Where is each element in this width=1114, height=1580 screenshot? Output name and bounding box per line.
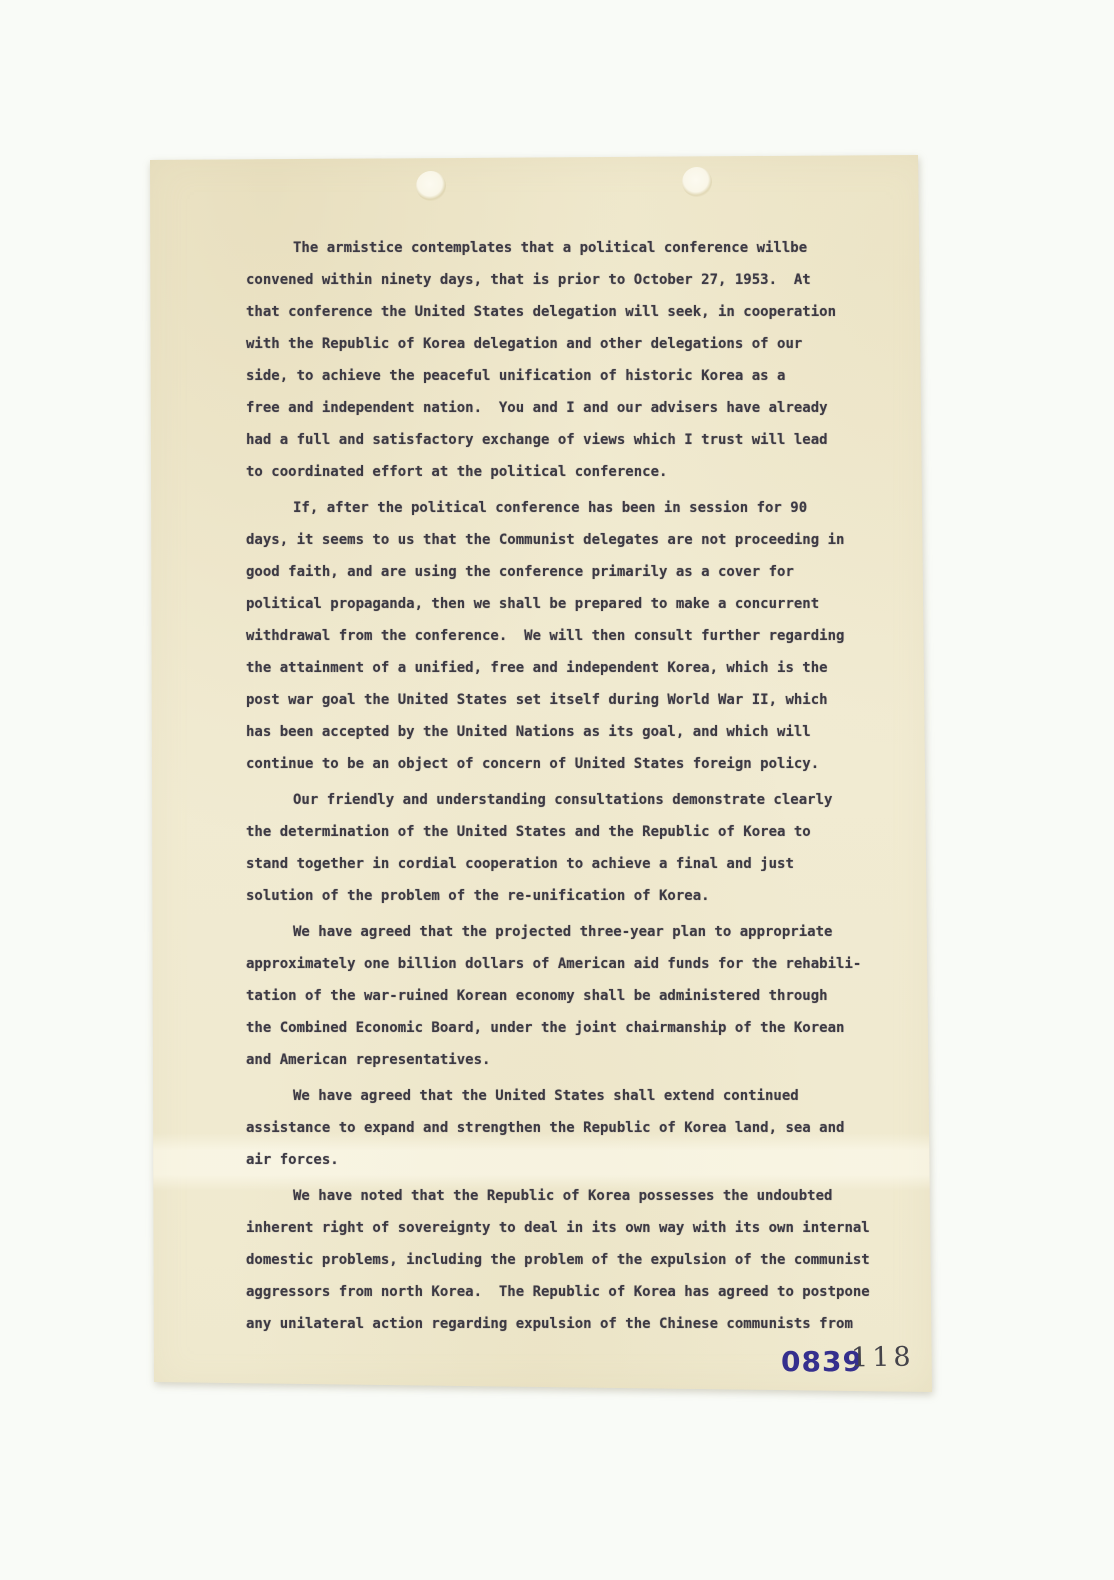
text-line: had a full and satisfactory exchange of … xyxy=(246,424,894,456)
text-line: approximately one billion dollars of Ame… xyxy=(246,948,894,980)
text-line: to coordinated effort at the political c… xyxy=(246,456,894,488)
text-line: the determination of the United States a… xyxy=(246,816,894,848)
text-line: withdrawal from the conference. We will … xyxy=(246,620,894,652)
text-line: political propaganda, then we shall be p… xyxy=(246,588,894,620)
punch-hole-left xyxy=(416,171,446,201)
text-line: Our friendly and understanding consultat… xyxy=(246,784,894,816)
scan-background: The armistice contemplates that a politi… xyxy=(0,0,1114,1580)
text-line: that conference the United States delega… xyxy=(246,296,894,328)
text-line: We have noted that the Republic of Korea… xyxy=(246,1180,894,1212)
paragraph: We have noted that the Republic of Korea… xyxy=(246,1180,894,1340)
document-page: The armistice contemplates that a politi… xyxy=(140,145,940,1401)
page-number-stamp: 118 xyxy=(851,1341,915,1373)
text-line: stand together in cordial cooperation to… xyxy=(246,848,894,880)
text-line: the attainment of a unified, free and in… xyxy=(246,652,894,684)
typewritten-text: The armistice contemplates that a politi… xyxy=(246,232,894,1344)
paragraph: We have agreed that the United States sh… xyxy=(246,1080,894,1176)
text-line: and American representatives. xyxy=(246,1044,894,1076)
text-line: aggressors from north Korea. The Republi… xyxy=(246,1276,894,1308)
text-line: domestic problems, including the problem… xyxy=(246,1244,894,1276)
text-line: We have agreed that the United States sh… xyxy=(246,1080,894,1112)
text-line: days, it seems to us that the Communist … xyxy=(246,524,894,556)
text-line: If, after the political conference has b… xyxy=(246,492,894,524)
text-line: convened within ninety days, that is pri… xyxy=(246,264,894,296)
text-line: solution of the problem of the re-unific… xyxy=(246,880,894,912)
text-line: assistance to expand and strengthen the … xyxy=(246,1112,894,1144)
text-line: the Combined Economic Board, under the j… xyxy=(246,1012,894,1044)
paragraph: Our friendly and understanding consultat… xyxy=(246,784,894,912)
document-page-wrapper: The armistice contemplates that a politi… xyxy=(140,145,940,1401)
text-line: free and independent nation. You and I a… xyxy=(246,392,894,424)
text-line: post war goal the United States set itse… xyxy=(246,684,894,716)
paragraph: The armistice contemplates that a politi… xyxy=(246,232,894,488)
text-line: side, to achieve the peaceful unificatio… xyxy=(246,360,894,392)
text-line: tation of the war-ruined Korean economy … xyxy=(246,980,894,1012)
text-line: has been accepted by the United Nations … xyxy=(246,716,894,748)
text-line: We have agreed that the projected three-… xyxy=(246,916,894,948)
text-line: continue to be an object of concern of U… xyxy=(246,748,894,780)
paragraph: We have agreed that the projected three-… xyxy=(246,916,894,1076)
punch-hole-right xyxy=(682,167,712,197)
text-line: good faith, and are using the conference… xyxy=(246,556,894,588)
paragraph: If, after the political conference has b… xyxy=(246,492,894,780)
text-line: with the Republic of Korea delegation an… xyxy=(246,328,894,360)
text-line: air forces. xyxy=(246,1144,894,1176)
text-line: inherent right of sovereignty to deal in… xyxy=(246,1212,894,1244)
text-line: any unilateral action regarding expulsio… xyxy=(246,1308,894,1340)
text-line: The armistice contemplates that a politi… xyxy=(246,232,894,264)
